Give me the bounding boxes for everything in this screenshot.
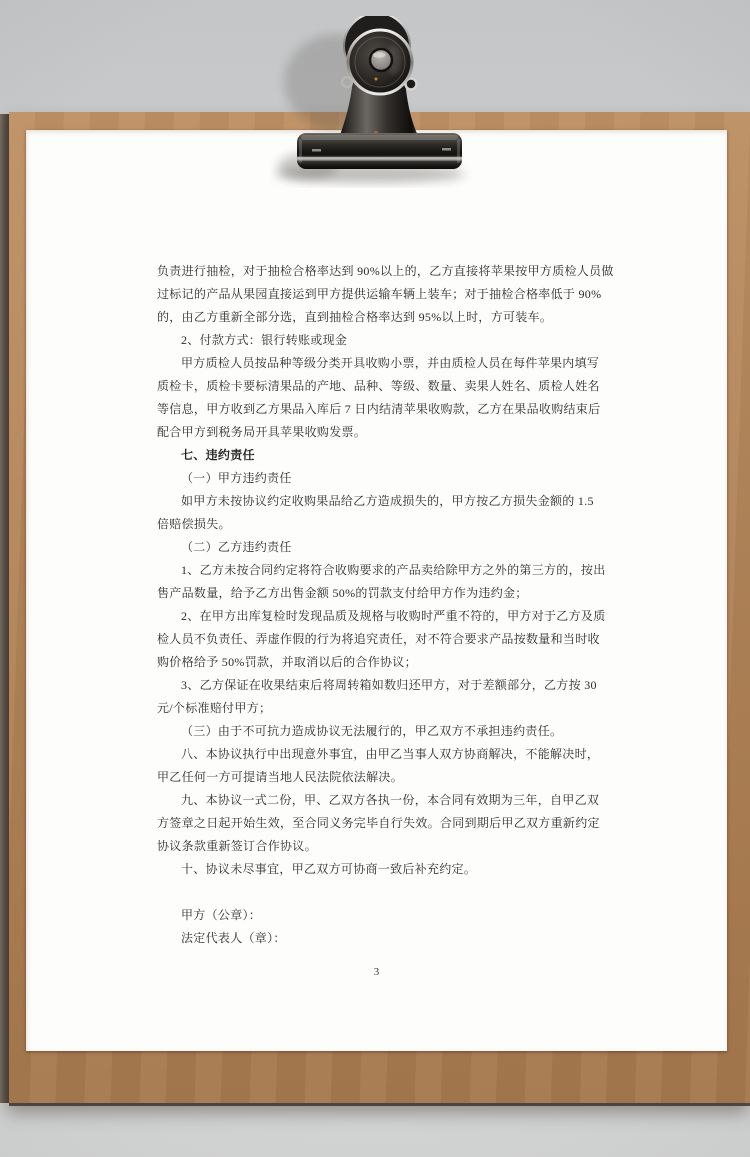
clipboard-left-edge: [0, 114, 9, 1103]
document-line: 协议条款重新签订合作协议。: [157, 835, 612, 858]
clip-amber-dot-upper: [375, 78, 378, 81]
document-body: 负责进行抽检，对于抽检合格率达到 90%以上的，乙方直接将苹果按甲方质检人员做过…: [157, 260, 612, 950]
clamp-right-notch: [442, 148, 451, 151]
document-line: 3、乙方保证在收果结束后将周转箱如数归还甲方，对于差额部分，乙方按 30: [157, 674, 612, 697]
document-line: 法定代表人（章）：: [157, 927, 612, 950]
clamp-top-sheen: [301, 135, 458, 140]
document-line: 如甲方未按协议约定收购果品给乙方造成损失的，甲方按乙方损失金额的 1.5: [157, 490, 612, 513]
document-line: 七、违约责任: [157, 444, 612, 467]
document-line: 等信息，甲方收到乙方果品入库后 7 日内结清苹果收购款，乙方在果品收购结束后: [157, 398, 612, 421]
clamp-right-edge-highlight: [457, 139, 460, 163]
clip-hole: [370, 49, 392, 71]
document-line: 购价格给予 50%罚款，并取消以后的合作协议；: [157, 651, 612, 674]
document-line: 九、本协议一式二份，甲、乙双方各执一份，本合同有效期为三年，自甲乙双: [157, 789, 612, 812]
document-line: 2、在甲方出库复检时发现品质及规格与收购时严重不符的，甲方对于乙方及质: [157, 605, 612, 628]
document-line: 甲方（公章）：: [157, 904, 612, 927]
contract-paper: 负责进行抽检，对于抽检合格率达到 90%以上的，乙方直接将苹果按甲方质检人员做过…: [26, 130, 727, 1051]
document-line: 倍赔偿损失。: [157, 513, 612, 536]
document-line: 负责进行抽检，对于抽检合格率达到 90%以上的，乙方直接将苹果按甲方质检人员做: [157, 260, 612, 283]
page-number: 3: [26, 966, 727, 978]
document-line: 过标记的产品从果园直接运到甲方提供运输车辆上装车；对于抽检合格率低于 90%: [157, 283, 612, 306]
document-line: 2、付款方式：银行转账或现金: [157, 329, 612, 352]
document-line: （三）由于不可抗力造成协议无法履行的，甲乙双方不承担违约责任。: [157, 720, 612, 743]
document-line: 八、本协议执行中出现意外事宜，由甲乙当事人双方协商解决，不能解决时，: [157, 743, 612, 766]
document-line: 方签章之日起开始生效，至合同义务完毕自行失效。合同到期后甲乙双方重新约定: [157, 812, 612, 835]
document-line: 的，由乙方重新全部分选，直到抽检合格率达到 95%以上时，方可装车。: [157, 306, 612, 329]
binder-clip-icon: [270, 16, 490, 188]
document-line: 检人员不负责任、弄虚作假的行为将追究责任，对不符合要求产品按数量和当时收: [157, 628, 612, 651]
document-line: 质检卡，质检卡要标清果品的产地、品种、等级、数量、卖果人姓名、质检人姓名: [157, 375, 612, 398]
document-line: 十、协议未尽事宜，甲乙双方可协商一致后补充约定。: [157, 858, 612, 881]
document-line: （一）甲方违约责任: [157, 467, 612, 490]
document-line: 甲方质检人员按品种等级分类开具收购小票，并由质检人员在每件苹果内填写: [157, 352, 612, 375]
blank-line: [157, 881, 612, 904]
clamp-left-edge-highlight: [299, 139, 302, 163]
document-line: 1、乙方未按合同约定将符合收购要求的产品卖给除甲方之外的第三方的，按出: [157, 559, 612, 582]
clip-hole-highlight: [373, 52, 386, 58]
document-line: 售产品数量，给予乙方出售金额 50%的罚款支付给甲方作为违约金；: [157, 582, 612, 605]
document-line: 配合甲方到税务局开具苹果收购发票。: [157, 421, 612, 444]
document-line: 甲乙任何一方可提请当地人民法院依法解决。: [157, 766, 612, 789]
binder-clip-graphic: [270, 16, 490, 188]
document-line: 元/个标准赔付甲方；: [157, 697, 612, 720]
clamp-left-notch: [312, 149, 321, 152]
document-line: （二）乙方违约责任: [157, 536, 612, 559]
